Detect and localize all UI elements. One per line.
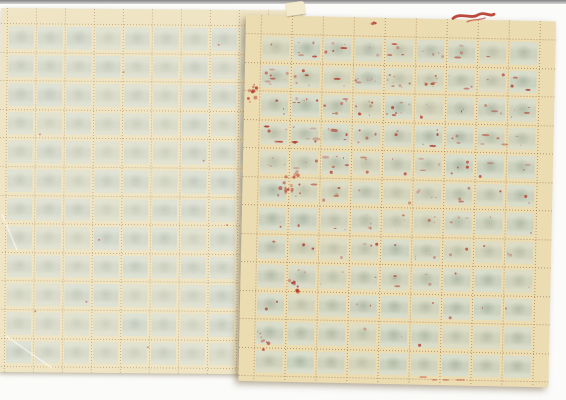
- stamp-cell: [208, 168, 237, 197]
- stamp-cell: [151, 53, 180, 82]
- stamp-cell: [64, 138, 93, 167]
- stamp-cell: [289, 119, 321, 148]
- stamp-cell: [291, 34, 323, 63]
- stamp-cell: [93, 110, 122, 139]
- stamp-cell: [442, 208, 474, 237]
- stamp-cell: [63, 167, 92, 196]
- stamp-cell: [411, 208, 443, 237]
- stamp-cell: [256, 233, 288, 262]
- stamp-cell: [179, 196, 208, 225]
- stamp-cell: [318, 206, 350, 235]
- stamp-cell: [63, 252, 92, 281]
- stamp-cell: [149, 282, 178, 311]
- stamp-cell: [91, 310, 120, 339]
- stamp-cell: [409, 321, 441, 350]
- right-stamp-sheet: [238, 15, 556, 387]
- stamp-cell: [121, 224, 150, 253]
- stamp-cell: [258, 147, 290, 176]
- stamp-cell: [384, 36, 416, 65]
- stamp-cell: [180, 139, 209, 168]
- stamp-cell: [150, 167, 179, 196]
- stamp-cell: [290, 91, 322, 120]
- stamp-cell: [321, 92, 353, 121]
- stamp-cell: [180, 110, 209, 139]
- stamp-cell: [207, 311, 236, 340]
- stamp-cell: [504, 238, 536, 267]
- stamp-cell: [36, 23, 65, 52]
- stamp-cell: [33, 281, 62, 310]
- stamp-cell: [209, 82, 238, 111]
- stamp-cell: [208, 225, 237, 254]
- stamp-cell: [64, 81, 93, 110]
- stamp-cell: [62, 281, 91, 310]
- stamp-cell: [255, 290, 287, 319]
- torn-corner-flap: [285, 1, 306, 17]
- stamp-cell: [178, 311, 207, 340]
- stamp-cell: [383, 93, 415, 122]
- stamp-cell: [319, 177, 351, 206]
- stamp-cell: [178, 282, 207, 311]
- stamp-cell: [6, 109, 35, 138]
- stamp-cell: [4, 309, 33, 338]
- stamp-cell: [508, 39, 540, 68]
- stamp-cell: [150, 224, 179, 253]
- stamp-cell: [351, 149, 383, 178]
- stamp-cell: [259, 90, 291, 119]
- stamp-cell: [348, 263, 380, 292]
- stamp-cell: [121, 196, 150, 225]
- stamp-cell: [257, 176, 289, 205]
- stamp-cell: [151, 139, 180, 168]
- stamp-cell: [121, 167, 150, 196]
- stamp-cell: [122, 53, 151, 82]
- stamp-cell: [477, 38, 509, 67]
- stamp-cell: [507, 95, 539, 124]
- stamp-cell: [5, 223, 34, 252]
- stamp-cell: [288, 176, 320, 205]
- stamp-cell: [180, 82, 209, 111]
- stamp-cell: [476, 66, 508, 95]
- stamp-cell: [64, 109, 93, 138]
- stamp-cell: [474, 180, 506, 209]
- stamp-cell: [346, 349, 378, 378]
- stamp-cell: [414, 65, 446, 94]
- stamp-cell: [415, 37, 447, 66]
- stamp-cell: [91, 338, 120, 367]
- stamp-cell: [445, 94, 477, 123]
- stamp-cell: [379, 292, 411, 321]
- stamp-cell: [286, 262, 318, 291]
- stamp-cell: [322, 35, 354, 64]
- stamp-cell: [62, 310, 91, 339]
- stamp-cell: [35, 52, 64, 81]
- stamp-cell: [352, 92, 384, 121]
- stamp-cell: [410, 293, 442, 322]
- stamp-cell: [286, 290, 318, 319]
- stamp-cell: [256, 204, 288, 233]
- stamp-cell: [441, 265, 473, 294]
- stamp-cell: [179, 168, 208, 197]
- stamp-cell: [349, 235, 381, 264]
- stamp-cell: [149, 310, 178, 339]
- stamp-cell: [473, 237, 505, 266]
- stamp-cell: [255, 261, 287, 290]
- stamp-cell: [151, 82, 180, 111]
- stamp-cell: [316, 320, 348, 349]
- stamp-cell: [353, 35, 385, 64]
- stamp-cell: [351, 121, 383, 150]
- stamp-cell: [411, 236, 443, 265]
- stamp-cell: [476, 95, 508, 124]
- stamp-cell: [285, 319, 317, 348]
- stamp-cell: [441, 294, 473, 323]
- stamp-cell: [259, 62, 291, 91]
- stamp-cell: [378, 321, 410, 350]
- stamp-cell: [408, 350, 440, 379]
- stamp-cell: [503, 266, 535, 295]
- stamp-cell: [34, 223, 63, 252]
- stamp-cell: [381, 178, 413, 207]
- stamp-cell: [178, 339, 207, 368]
- stamp-cell: [472, 294, 504, 323]
- stamp-cell: [504, 209, 536, 238]
- stamp-cell: [179, 225, 208, 254]
- stamp-cell: [413, 122, 445, 151]
- stamp-cell: [506, 124, 538, 153]
- stamp-cell: [501, 352, 533, 381]
- stamp-cell: [120, 281, 149, 310]
- stamp-cell: [35, 80, 64, 109]
- stamp-cell: [503, 295, 535, 324]
- stamp-cell: [207, 339, 236, 368]
- stamp-cell: [444, 123, 476, 152]
- stamp-cell: [122, 81, 151, 110]
- stamp-cell: [94, 24, 123, 53]
- stamp-cell: [92, 167, 121, 196]
- stamp-cell: [4, 280, 33, 309]
- scanner-edge-band: [0, 0, 566, 4]
- stamp-cell: [472, 266, 504, 295]
- stamp-cell: [34, 166, 63, 195]
- stamp-cell: [64, 52, 93, 81]
- stamp-cell: [475, 123, 507, 152]
- stamp-cell: [120, 310, 149, 339]
- stamp-cell: [122, 110, 151, 139]
- stamp-cell: [92, 253, 121, 282]
- stamp-cell: [180, 53, 209, 82]
- stamp-cell: [352, 64, 384, 93]
- stamp-cell: [506, 152, 538, 181]
- stamp-cell: [63, 224, 92, 253]
- stamp-cell: [5, 166, 34, 195]
- stamp-cell: [34, 252, 63, 281]
- stamp-cell: [150, 253, 179, 282]
- stamp-cell: [150, 196, 179, 225]
- stamp-cell: [209, 111, 238, 140]
- stamp-cell: [380, 235, 412, 264]
- stamp-cell: [123, 24, 152, 53]
- stamp-cell: [446, 37, 478, 66]
- stamp-cell: [382, 150, 414, 179]
- stamp-cell: [440, 322, 472, 351]
- stamp-cell: [320, 120, 352, 149]
- stamp-cell: [290, 62, 322, 91]
- stamp-cell: [121, 253, 150, 282]
- stamp-cell: [444, 151, 476, 180]
- stamp-cell: [289, 148, 321, 177]
- stamp-cell: [470, 351, 502, 380]
- stamp-cell: [382, 121, 414, 150]
- stamp-cell: [260, 33, 292, 62]
- stamp-cell: [320, 149, 352, 178]
- stamp-cell: [93, 138, 122, 167]
- stamp-cell: [348, 292, 380, 321]
- stamp-cell: [258, 119, 290, 148]
- stamp-cell: [287, 233, 319, 262]
- stamp-cell: [208, 254, 237, 283]
- stamp-cell: [92, 224, 121, 253]
- stamp-cell: [443, 180, 475, 209]
- stamp-cell: [439, 351, 471, 380]
- stamp-cell: [35, 138, 64, 167]
- scanned-photo-canvas: [0, 0, 566, 400]
- stamp-cell: [471, 323, 503, 352]
- stamp-cell: [442, 237, 474, 266]
- stamp-cell: [412, 179, 444, 208]
- stamp-cell: [315, 348, 347, 377]
- stamp-cell: [93, 81, 122, 110]
- stamp-cell: [7, 23, 36, 52]
- stamp-cell: [475, 152, 507, 181]
- stamp-cell: [502, 323, 534, 352]
- stamp-cell: [5, 195, 34, 224]
- stamp-cell: [6, 137, 35, 166]
- stamp-cell: [413, 151, 445, 180]
- stamp-cell: [207, 282, 236, 311]
- stamp-cell: [383, 64, 415, 93]
- stamp-cell: [33, 338, 62, 367]
- stamp-cell: [151, 110, 180, 139]
- stamp-cell: [317, 291, 349, 320]
- stamp-cell: [4, 338, 33, 367]
- stamp-cell: [414, 94, 446, 123]
- stamp-cell: [349, 206, 381, 235]
- stamp-cell: [6, 80, 35, 109]
- stamp-cell: [284, 347, 316, 376]
- stamp-cell: [321, 63, 353, 92]
- stamp-cell: [377, 349, 409, 378]
- stamp-cell: [33, 309, 62, 338]
- stamp-cell: [445, 66, 477, 95]
- stamp-cell: [209, 53, 238, 82]
- stamp-cell: [505, 181, 537, 210]
- stamp-cell: [253, 347, 285, 376]
- stamp-cell: [347, 320, 379, 349]
- stamp-cell: [6, 52, 35, 81]
- stamp-cell: [507, 67, 539, 96]
- stamp-cell: [65, 24, 94, 53]
- stamp-cell: [34, 195, 63, 224]
- stamp-cell: [92, 195, 121, 224]
- stamp-cell: [122, 138, 151, 167]
- stamp-cell: [380, 207, 412, 236]
- stamp-cell: [120, 339, 149, 368]
- stamp-cell: [317, 263, 349, 292]
- stamp-cell: [209, 139, 238, 168]
- stamp-cell: [410, 265, 442, 294]
- stamp-cell: [91, 281, 120, 310]
- stamp-cell: [62, 338, 91, 367]
- stamp-cell: [287, 205, 319, 234]
- stamp-cell: [379, 264, 411, 293]
- stamp-cell: [318, 234, 350, 263]
- stamp-cell: [5, 252, 34, 281]
- stamp-cell: [179, 253, 208, 282]
- stamp-cell: [350, 178, 382, 207]
- stamp-cell: [181, 25, 210, 54]
- stamp-cell: [93, 52, 122, 81]
- stamp-cell: [208, 196, 237, 225]
- stamp-cell: [210, 25, 239, 54]
- stamp-cell: [149, 339, 178, 368]
- stamp-cell: [473, 209, 505, 238]
- stamp-cell: [152, 24, 181, 53]
- stamp-cell: [63, 195, 92, 224]
- stamp-cell: [254, 318, 286, 347]
